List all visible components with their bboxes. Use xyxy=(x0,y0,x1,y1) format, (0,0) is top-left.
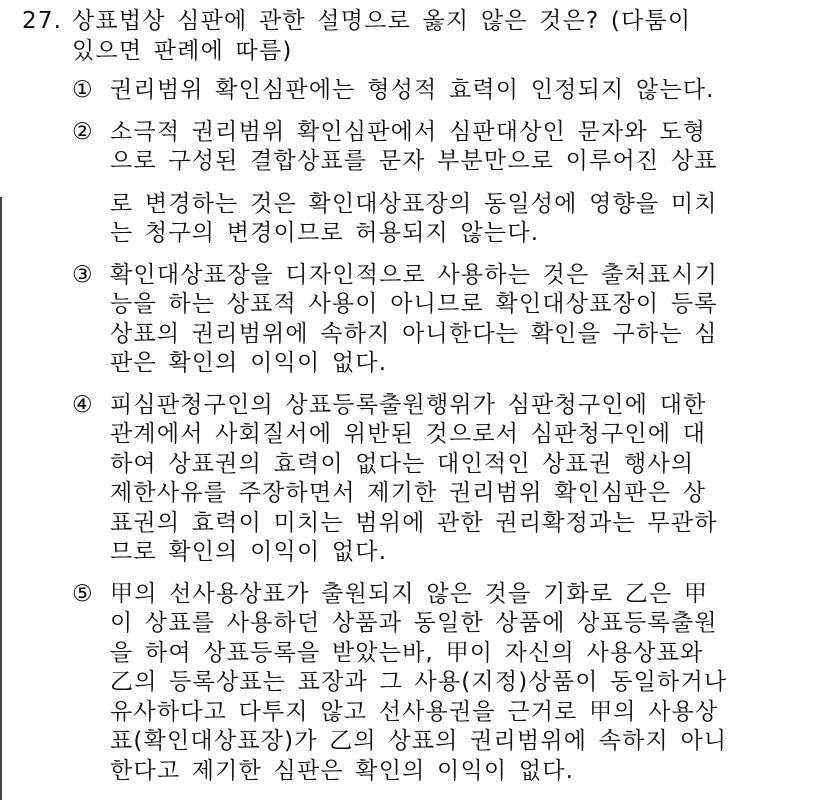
option-text-line: 하여 상표권의 효력이 없다는 대인적인 상표권 행사의 xyxy=(110,450,812,480)
option-text-line: 제한사유를 주장하면서 제기한 권리범위 확인심판은 상 xyxy=(110,479,812,509)
option-text-line: 표(확인대상표장)가 乙의 상표의 권리범위에 속하지 아니 xyxy=(110,727,812,757)
option-text-line: 유사하다고 다투지 않고 선사용권을 근거로 甲의 사용상 xyxy=(110,698,812,728)
option-3[interactable]: ③ 확인대상표장을 디자인적으로 사용하는 것은 출처표시기 능을 하는 상표적… xyxy=(72,261,812,379)
option-marker: ④ xyxy=(72,391,94,421)
option-text-line: 판은 확인의 이익이 없다. xyxy=(110,349,812,379)
option-text-line: 甲의 선사용상표가 출원되지 않은 것을 기화로 乙은 甲 xyxy=(110,580,812,610)
option-text-line: 상표의 권리범위에 속하지 아니한다는 확인을 구하는 심 xyxy=(110,320,812,350)
option-1[interactable]: ① 권리범위 확인심판에는 형성적 효력이 인정되지 않는다. xyxy=(72,76,812,106)
option-marker: ⑤ xyxy=(72,580,94,610)
option-text-line: 을 하여 상표등록을 받았는바, 甲이 자신의 사용상표와 xyxy=(110,639,812,669)
option-text-line: 능을 하는 상표적 사용이 아니므로 확인대상표장이 등록 xyxy=(110,290,812,320)
option-text-line: 乙의 등록상표는 표장과 그 사용(지정)상품이 동일하거나 xyxy=(110,668,812,698)
option-text-line: 는 청구의 변경이므로 허용되지 않는다. xyxy=(110,219,812,249)
option-text-line: 피심판청구인의 상표등록출원행위가 심판청구인에 대한 xyxy=(110,391,812,421)
question-title-line: 있으면 판례에 따름) xyxy=(72,36,812,66)
answer-options: ① 권리범위 확인심판에는 형성적 효력이 인정되지 않는다. ② 소극적 권리… xyxy=(22,76,812,786)
option-text-line: 한다고 제기한 심판은 확인의 이익이 없다. xyxy=(110,757,812,787)
question-title-line: 상표법상 심판에 관한 설명으로 옳지 않은 것은? (다툼이 xyxy=(72,6,812,36)
option-marker: ② xyxy=(72,118,94,148)
option-text-line: 표권의 효력이 미치는 범위에 관한 권리확정과는 무관하 xyxy=(110,509,812,539)
page-column-border xyxy=(0,197,2,800)
option-text-line: 므로 확인의 이익이 없다. xyxy=(110,538,812,568)
question-block: 27. 상표법상 심판에 관한 설명으로 옳지 않은 것은? (다툼이 있으면 … xyxy=(22,6,812,798)
option-text-line: 이 상표를 사용하던 상품과 동일한 상품에 상표등록출원 xyxy=(110,609,812,639)
option-marker: ③ xyxy=(72,261,94,291)
option-5[interactable]: ⑤ 甲의 선사용상표가 출원되지 않은 것을 기화로 乙은 甲 이 상표를 사용… xyxy=(72,580,812,787)
option-text-line: 로 변경하는 것은 확인대상표장의 동일성에 영향을 미치 xyxy=(110,190,812,220)
option-marker: ① xyxy=(72,76,94,106)
option-text-line: 확인대상표장을 디자인적으로 사용하는 것은 출처표시기 xyxy=(110,261,812,291)
option-text-line: 권리범위 확인심판에는 형성적 효력이 인정되지 않는다. xyxy=(110,76,812,106)
option-text-line: 으로 구성된 결합상표를 문자 부분만으로 이루어진 상표 xyxy=(110,147,812,177)
option-text-line: 관계에서 사회질서에 위반된 것으로서 심판청구인에 대 xyxy=(110,420,812,450)
option-2[interactable]: ② 소극적 권리범위 확인심판에서 심판대상인 문자와 도형 으로 구성된 결합… xyxy=(72,118,812,249)
question-number: 27. xyxy=(22,6,62,36)
option-4[interactable]: ④ 피심판청구인의 상표등록출원행위가 심판청구인에 대한 관계에서 사회질서에… xyxy=(72,391,812,568)
option-text-line: 소극적 권리범위 확인심판에서 심판대상인 문자와 도형 xyxy=(110,118,812,148)
question-title: 27. 상표법상 심판에 관한 설명으로 옳지 않은 것은? (다툼이 있으면 … xyxy=(22,6,812,66)
